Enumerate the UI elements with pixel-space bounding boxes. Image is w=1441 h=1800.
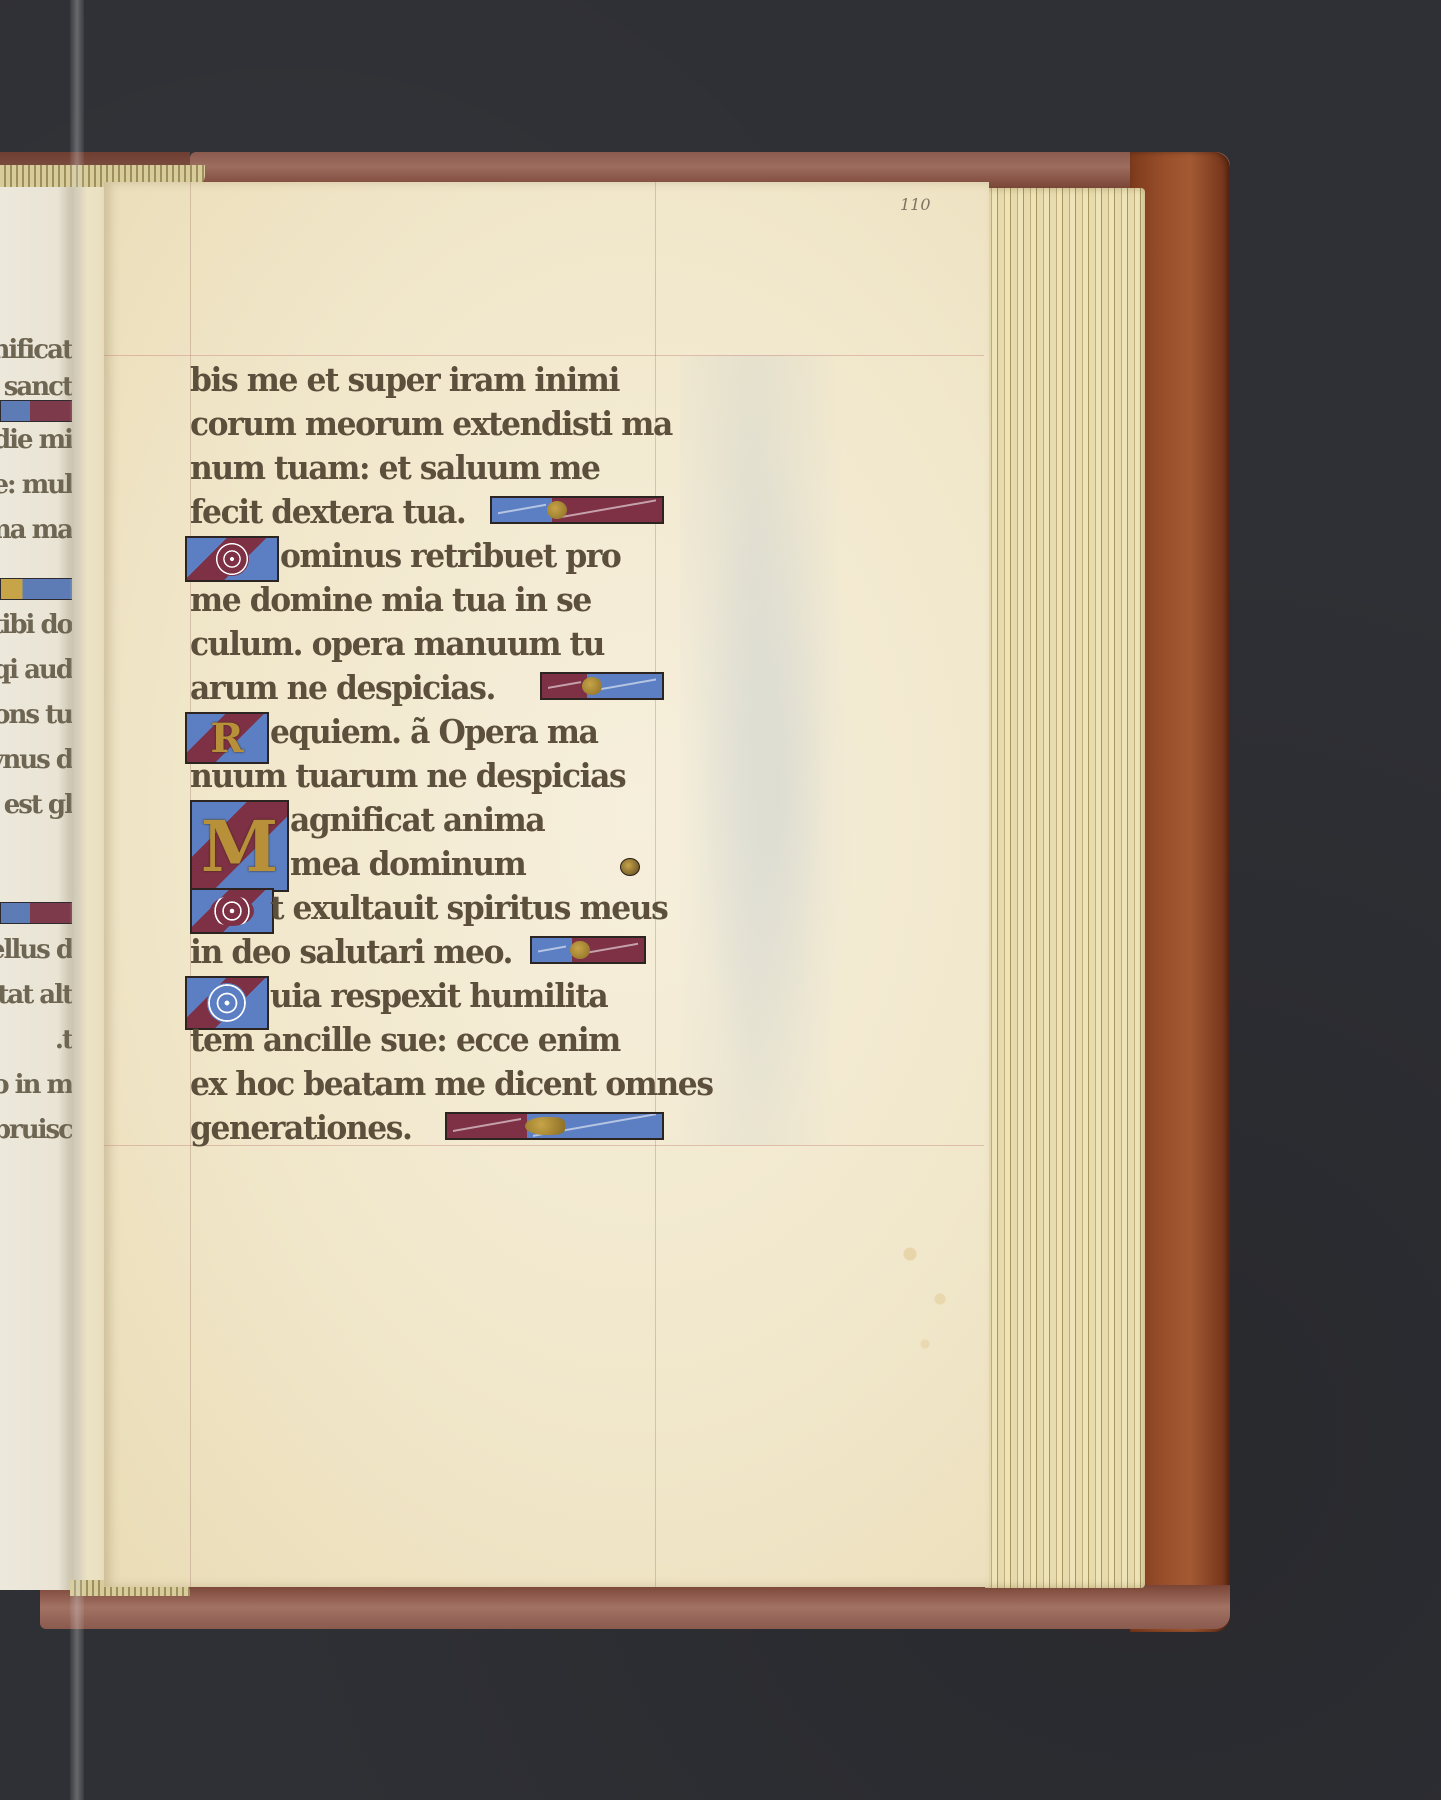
binding-bottom [40, 1585, 1230, 1629]
verso-line: cellus d [0, 935, 72, 967]
text-line: uia respexit humilita [270, 976, 721, 1016]
initial-m: M [190, 800, 289, 892]
verso-line-filler [0, 902, 72, 924]
text-line: ominus retribuet pro [280, 536, 731, 576]
initial-e [190, 888, 274, 934]
verso-line: ter: qi aud [0, 655, 72, 687]
verso-page-fragment: agnificat men sanct s die mi me: mul tma… [0, 180, 72, 1590]
verso-line: s die mi [0, 425, 72, 457]
text-line: culum. opera manuum tu [190, 624, 641, 664]
verso-line: agnificat [0, 335, 72, 367]
initial-d [185, 536, 279, 582]
page-stack-fore-edge [985, 188, 1145, 1588]
folio-number: 110 [900, 195, 931, 214]
text-line: equiem. ã Opera ma [270, 712, 721, 752]
line-filler [490, 496, 664, 524]
text-line: me domine mia tua in se [190, 580, 641, 620]
text-line: mea dominum [290, 844, 741, 884]
text-line: agnificat anima [290, 800, 741, 840]
ruling-horizontal [104, 355, 984, 356]
verso-line: atat alt [0, 980, 72, 1012]
verso-line: s bruisc [0, 1115, 72, 1147]
text-line: nuum tuarum ne despicias [190, 756, 641, 796]
verso-line: tma ma [0, 515, 72, 547]
verso-line: t. [0, 1025, 72, 1057]
text-line: ex hoc beatam me dicent omnes [190, 1064, 641, 1104]
line-filler [530, 936, 646, 964]
beetle-drollery [620, 858, 640, 876]
verso-line: me: mul [0, 470, 72, 502]
text-line: num tuam: et saluum me [190, 448, 641, 488]
line-filler [445, 1112, 664, 1140]
glass-weight-rod [70, 0, 84, 1800]
text-line: corum meorum extendisti ma [190, 404, 641, 444]
verso-line: uero in m [0, 1070, 72, 1102]
verso-line: ons tu. [0, 700, 72, 732]
text-line: t exultauit spiritus meus [270, 888, 721, 928]
ruling-vertical [655, 182, 656, 1587]
text-line: tem ancille sue: ecce enim [190, 1020, 641, 1060]
verso-line: ar tibi do [0, 610, 72, 642]
verso-line: na est gl [0, 790, 72, 822]
verso-line-filler [0, 400, 72, 422]
binding-fore-edge-cover [1130, 152, 1230, 1632]
foxing-stains [880, 1200, 980, 1380]
text-line: bis me et super iram inimi [190, 360, 641, 400]
verso-line-filler [0, 578, 72, 600]
verso-line: n vnus d [0, 745, 72, 777]
line-filler [540, 672, 664, 700]
